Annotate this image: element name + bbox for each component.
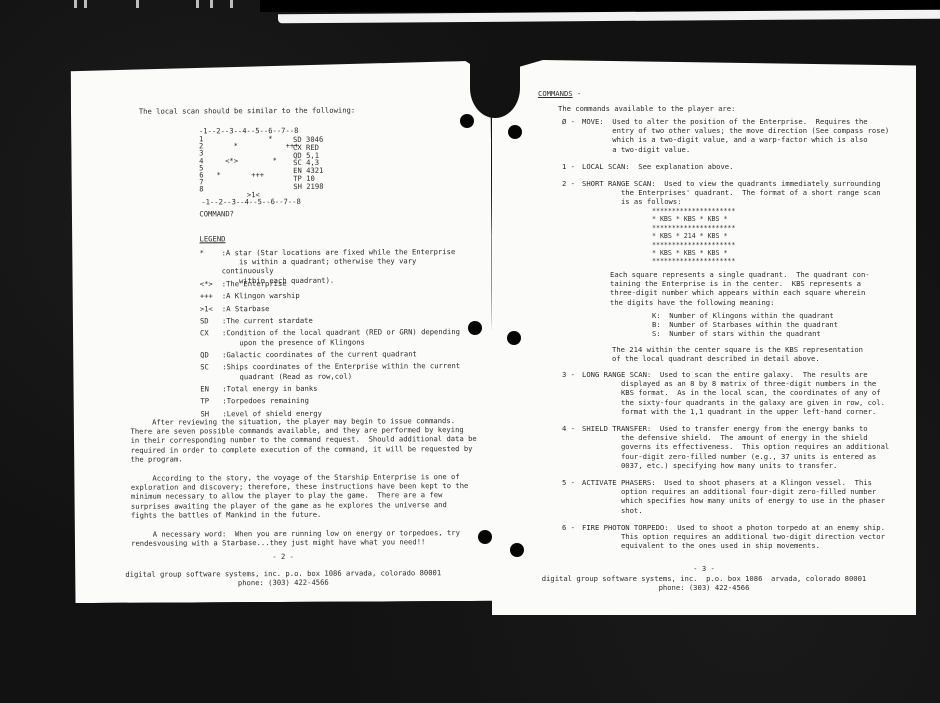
scan-ruler-bottom: -1--2--3--4--5--6--7--8 [201, 197, 301, 207]
command-description: FIRE PHOTON TORPEDO: Used to shoot a pho… [582, 523, 872, 551]
command-number: 4 - [562, 424, 575, 433]
legend-symbol: CX [200, 329, 224, 338]
page-2: The local scan should be similar to the … [71, 61, 494, 603]
footer-address: digital group software systems, inc. p.o… [492, 574, 916, 583]
commands-intro: The commands available to the player are… [558, 104, 735, 113]
short-range-explanation: Each square represents a single quadrant… [610, 270, 910, 307]
scan-row: 4 <*> * [199, 156, 277, 166]
command-number: 6 - [562, 523, 575, 532]
command-number: 3 - [562, 370, 575, 379]
punch-hole [507, 331, 521, 345]
command-description: SHIELD TRANSFER: Used to transfer energy… [582, 424, 872, 470]
commands-heading: COMMANDS - [538, 89, 581, 98]
command-number: 5 - [562, 478, 575, 487]
commands-heading-text: COMMANDS [538, 89, 573, 98]
legend-item: EN:Total energy in banks [200, 383, 480, 384]
legend-description: :A Starbase [222, 303, 462, 313]
legend-symbol: EN [200, 384, 224, 393]
legend-symbol: TP [200, 397, 224, 406]
legend-item: TP:Torpedoes remaining [200, 395, 480, 396]
punch-hole [508, 125, 522, 139]
punch-hole [460, 114, 474, 128]
legend-symbol: SC [200, 363, 224, 372]
legend-item: SD:The current stardate [200, 315, 480, 316]
commands-heading-suffix: - [573, 89, 582, 98]
legend-symbol: * [200, 248, 224, 257]
legend-title: LEGEND [199, 234, 225, 243]
legend-symbol: <*> [200, 279, 224, 288]
command-description: SHORT RANGE SCAN: Used to view the quadr… [582, 179, 872, 207]
page-number: - 2 - [73, 551, 493, 562]
body-paragraphs: After reviewing the situation, the playe… [130, 416, 490, 418]
legend-description: :A Klingon warship [222, 290, 462, 300]
body-paragraph: According to the story, the voyage of th… [131, 472, 491, 520]
command-number: Ø - [562, 117, 575, 126]
command-number: 1 - [562, 162, 575, 171]
page-number: - 3 - [492, 564, 916, 573]
torn-paper-gap [470, 58, 520, 118]
command-number: 2 - [562, 179, 575, 188]
punch-hole [510, 543, 524, 557]
legend-item: SC:Ships coordinates of the Enterprise w… [200, 361, 480, 362]
legend-item: >1<:A Starbase [200, 303, 480, 304]
page-3: COMMANDS - The commands available to the… [492, 60, 916, 615]
legend-item: +++:A Klingon warship [200, 290, 480, 291]
punch-hole [468, 321, 482, 335]
command-description: ACTIVATE PHASERS: Used to shoot phasers … [582, 478, 872, 515]
command-description: MOVE: Used to alter the position of the … [582, 117, 872, 154]
legend-symbol: QD [200, 350, 224, 359]
legend-item: SH:Level of shield energy [200, 408, 480, 409]
legend-description: :The Enterprise [222, 278, 462, 288]
legend-description: :The current stardate [222, 315, 462, 325]
punch-hole [478, 530, 492, 544]
scan-row: 6 * +++ [199, 170, 264, 180]
scan-row: 2 * +++ [199, 141, 299, 151]
legend-symbol: >1< [200, 304, 224, 313]
legend-list: *:A star (Star locations are fixed while… [200, 247, 480, 248]
footer-phone: phone: (303) 422-4566 [73, 577, 493, 588]
short-range-scan-grid: ********************* * KBS * KBS * KBS … [652, 207, 735, 266]
command-description: LONG RANGE SCAN: Used to scan the entire… [582, 370, 872, 416]
body-paragraph: A necessary word: When you are running l… [131, 528, 491, 548]
command-description: LOCAL SCAN: See explanation above. [582, 162, 872, 171]
legend-item: *:A star (Star locations are fixed while… [200, 247, 480, 248]
legend-description: :Galactic coordinates of the current qua… [222, 349, 462, 359]
legend-item: QD:Galactic coordinates of the current q… [200, 349, 480, 350]
legend-description: :Torpedoes remaining [222, 395, 462, 405]
command-prompt: COMMAND? [199, 209, 234, 218]
legend-item: CX:Condition of the local quadrant (RED … [200, 327, 480, 328]
center-square-note: The 214 within the center square is the … [612, 345, 912, 363]
kbs-meaning-item: S: Number of stars within the quadrant [652, 329, 821, 338]
footer-phone: phone: (303) 422-4566 [492, 583, 916, 592]
local-scan-intro: The local scan should be similar to the … [139, 106, 355, 116]
legend-description: :Condition of the local quadrant (RED or… [222, 327, 462, 347]
body-paragraph: After reviewing the situation, the playe… [130, 416, 490, 464]
legend-description: :Total energy in banks [222, 383, 462, 393]
legend-symbol: +++ [200, 291, 224, 300]
legend-symbol: SD [200, 316, 224, 325]
scan-status-sh: SH 2198 [293, 182, 323, 191]
legend-description: :Ships coordinates of the Enterprise wit… [222, 361, 462, 381]
